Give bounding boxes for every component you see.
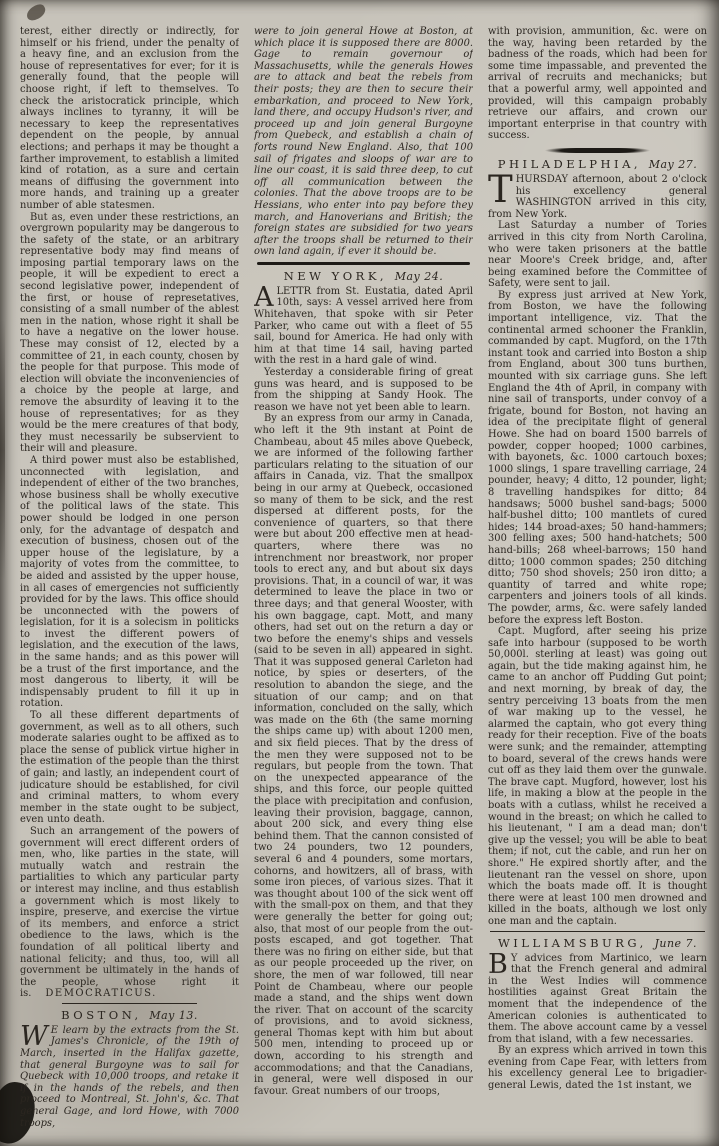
dateline-date: June 7.	[654, 937, 697, 950]
dateline-date: May 27.	[649, 158, 698, 171]
drop-cap: A	[254, 286, 277, 308]
dateline-place: BOSTON,	[61, 1008, 142, 1022]
column-middle: were to join general Howe at Boston, at …	[254, 26, 473, 1146]
dateline-place: PHILADELPHIA,	[498, 157, 641, 171]
new-york-text: LETTR from St. Eustatia, dated April 10t…	[254, 286, 473, 367]
boston-report-paragraph: W E learn by the extracts from the St. J…	[20, 1025, 239, 1129]
new-york-paragraph: By an express from our army in Canada, w…	[254, 413, 473, 1097]
new-york-continuation: with provision, ammunition, &c. were on …	[488, 26, 707, 142]
drop-cap: W	[20, 1025, 51, 1047]
williamsburg-paragraph: By an express which arrived in town this…	[488, 1045, 707, 1091]
boston-report-text: E learn by the extracts from the St. Jam…	[20, 1025, 239, 1129]
essay-paragraph: But as, even under these restrictions, a…	[20, 212, 239, 455]
essay-paragraph-continuation: terest, either directly or indirectly, f…	[20, 26, 239, 212]
williamsburg-paragraph: B Y advices from Martinico, we learn tha…	[488, 953, 707, 1046]
newspaper-page: terest, either directly or indirectly, f…	[0, 0, 719, 1146]
section-heading-boston: BOSTON, May 13.	[20, 1009, 239, 1022]
section-divider-rule	[490, 931, 705, 932]
dateline-date: May 24.	[395, 270, 444, 283]
column-layout: terest, either directly or indirectly, f…	[20, 26, 707, 1146]
ink-blot-top	[24, 2, 48, 23]
swelled-divider-rule	[530, 148, 666, 153]
essay-paragraph: To all these different departments of go…	[20, 710, 239, 826]
author-signature: DEMOCRATICUS.	[45, 988, 156, 999]
philadelphia-paragraph: Last Saturday a number of Tories arrived…	[488, 220, 707, 290]
williamsburg-text: Y advices from Martinico, we learn that …	[488, 953, 707, 1045]
heavy-divider-rule	[257, 262, 469, 265]
new-york-paragraph: A LETTR from St. Eustatia, dated April 1…	[254, 286, 473, 367]
philadelphia-paragraph: Capt. Mugford, after seeing his prize sa…	[488, 626, 707, 927]
drop-cap: T	[488, 174, 516, 204]
section-heading-williamsburg: WILLIAMSBURG, June 7.	[488, 937, 707, 950]
essay-text: Such an arrangement of the powers of gov…	[20, 826, 239, 999]
dateline-place: WILLIAMSBURG,	[498, 936, 647, 950]
binding-gutter-shadow	[0, 320, 5, 580]
philadelphia-text: HURSDAY afternoon, about 2 o'clock his e…	[488, 174, 707, 220]
column-right: with provision, ammunition, &c. were on …	[488, 26, 707, 1146]
column-left: terest, either directly or indirectly, f…	[20, 26, 239, 1146]
new-york-paragraph: Yesterday a considerable firing of great…	[254, 367, 473, 413]
section-heading-philadelphia: PHILADELPHIA, May 27.	[488, 158, 707, 171]
dateline-date: May 13.	[149, 1009, 198, 1022]
section-heading-new-york: NEW YORK, May 24.	[254, 270, 473, 283]
essay-paragraph: A third power must also be established, …	[20, 455, 239, 710]
essay-paragraph-with-signature: Such an arrangement of the powers of gov…	[20, 826, 239, 1000]
philadelphia-paragraph: By express just arrived at New York, fro…	[488, 290, 707, 626]
dateline-place: NEW YORK,	[284, 269, 387, 283]
drop-cap: B	[488, 953, 511, 975]
boston-report-continuation: were to join general Howe at Boston, at …	[254, 26, 473, 258]
philadelphia-paragraph: T HURSDAY afternoon, about 2 o'clock his…	[488, 174, 707, 220]
section-divider-rule	[62, 1003, 198, 1004]
